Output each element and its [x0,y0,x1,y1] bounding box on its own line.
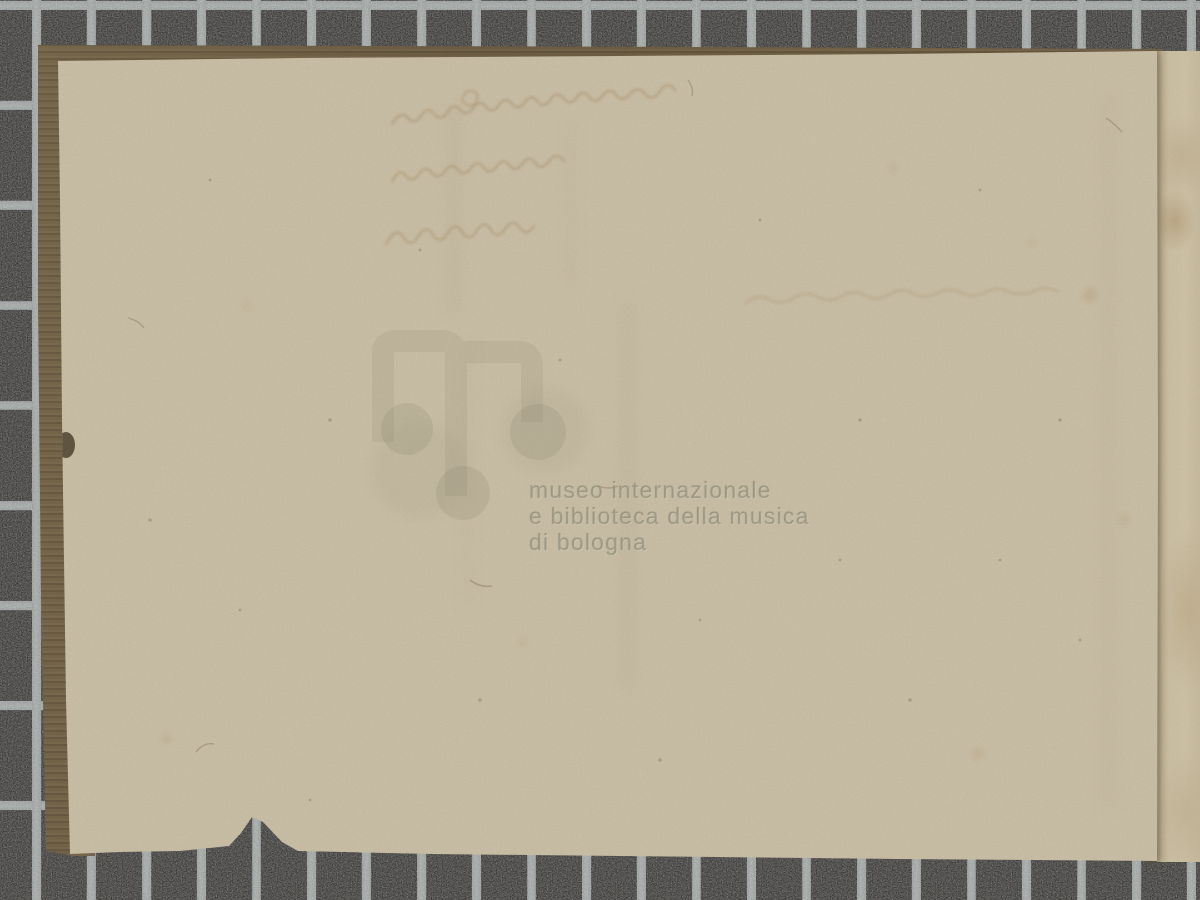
paper-grain-texture [0,0,1200,900]
watermark-line-3: di bologna [529,529,810,555]
watermark-line-2: e biblioteca della musica [529,503,810,529]
adjacent-page-fore-edge [1157,51,1200,862]
adjacent-page-grain [1157,51,1200,862]
watermark-line-1: museo internazionale [529,477,810,503]
page-surface-artwork [0,0,1200,900]
photo-frame: museo internazionale e biblioteca della … [0,0,1200,900]
manuscript-page: museo internazionale e biblioteca della … [0,0,1200,900]
library-watermark-text: museo internazionale e biblioteca della … [529,477,810,555]
